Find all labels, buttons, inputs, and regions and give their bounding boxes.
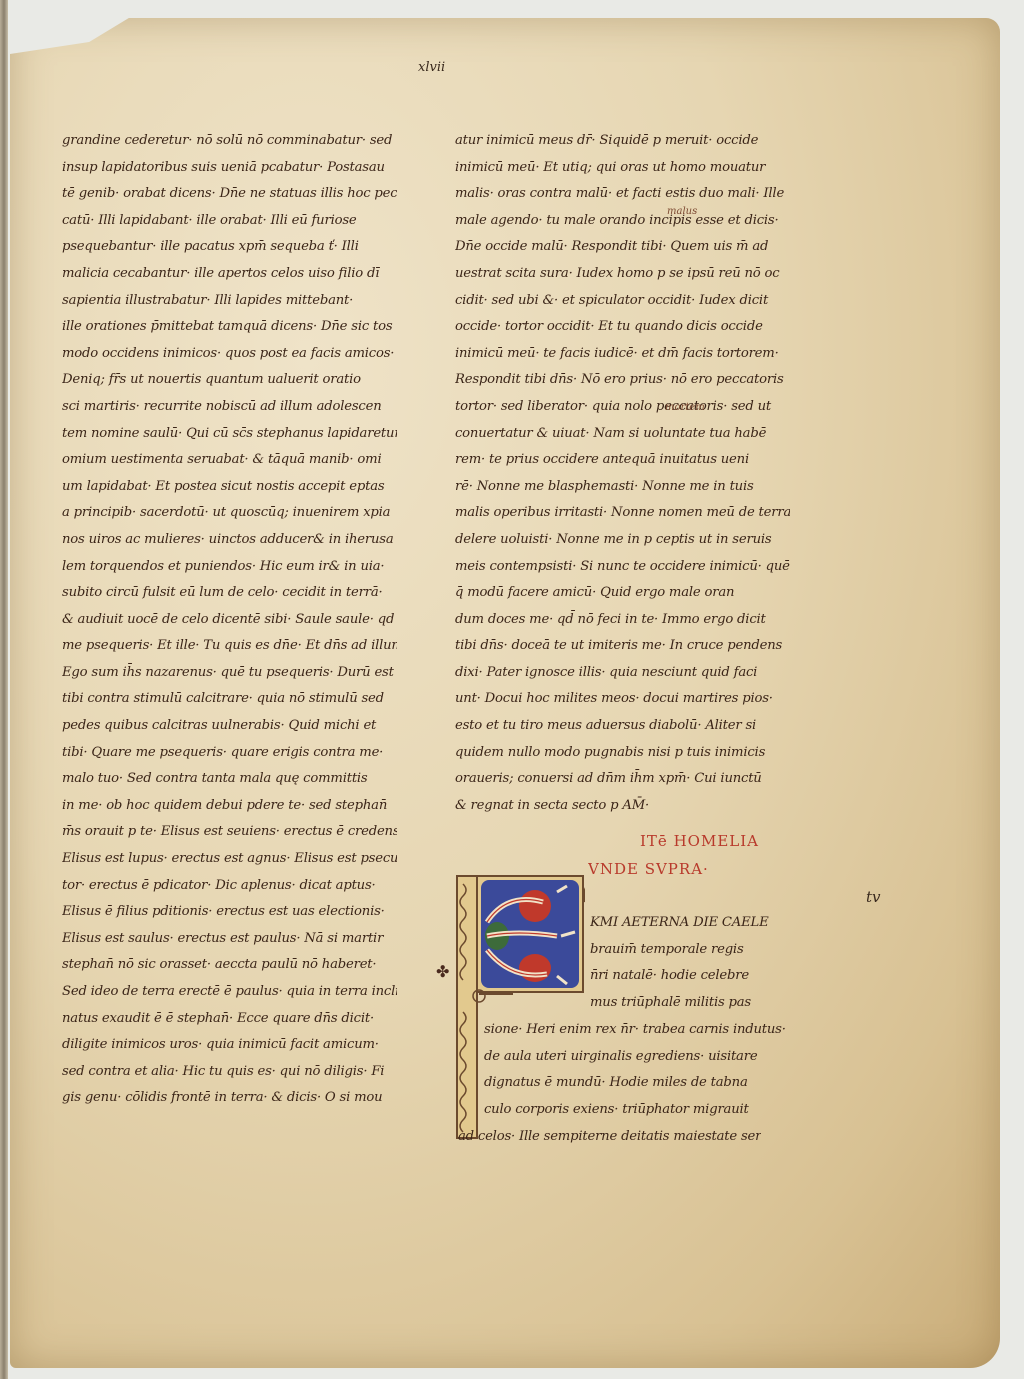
text-line: dignatus ē mundū· Hodie miles de tabna bbox=[484, 1070, 786, 1097]
text-line: tē genib· orabat dicens· Dn̄e ne statuas… bbox=[62, 181, 397, 208]
text-line: grandine cederetur· nō solū nō comminaba… bbox=[62, 128, 397, 155]
text-line: Sed ideo de terra erectē ē paulus· quia … bbox=[62, 979, 397, 1006]
text-line: malis· oras contra malū· et facti estis … bbox=[455, 181, 790, 208]
text-line: & regnat in secta secto p AM̄· bbox=[455, 793, 790, 820]
text-line: meis contempsisti· Si nunc te occidere i… bbox=[455, 554, 790, 581]
text-line: cidit· sed ubi &· et spiculator occidit·… bbox=[455, 288, 790, 315]
text-line: lem torquendos et puniendos· Hic eum ir&… bbox=[62, 554, 397, 581]
text-line: a principib· sacerdotū· ut quoscūq; inue… bbox=[62, 500, 397, 527]
text-line: malis operibus irritasti· Nonne nomen me… bbox=[455, 500, 790, 527]
text-line: modo occidens inimicos· quos post ea fac… bbox=[62, 341, 397, 368]
text-line: tibi dn̄s· doceā te ut imiteris me· In c… bbox=[455, 633, 790, 660]
text-line: ille orationes p̄mittebat tamquā dicens·… bbox=[62, 314, 397, 341]
text-line: psequebantur· ille pacatus xpm̄ sequeba … bbox=[62, 234, 397, 261]
text-line: inimicū meū· Et utiq; qui oras ut homo m… bbox=[455, 155, 790, 182]
text-line: atur inimicū meus dr̄· Siquidē p meruit·… bbox=[455, 128, 790, 155]
text-line: inimicū meū· te facis iudicē· et dm̄ fac… bbox=[455, 341, 790, 368]
text-line: catū· Illi lapidabant· ille orabat· Illi… bbox=[62, 208, 397, 235]
margin-note: tv bbox=[866, 888, 881, 906]
text-line: pedes quibus calcitras uulnerabis· Quid … bbox=[62, 713, 397, 740]
text-line: malicia cecabantur· ille apertos celos u… bbox=[62, 261, 397, 288]
text-line: dixi· Pater ignosce illis· quia nesciunt… bbox=[455, 660, 790, 687]
text-line: delere uoluisti· Nonne me in p ceptis ut… bbox=[455, 527, 790, 554]
text-line: omium uestimenta seruabat· & tāquā manib… bbox=[62, 447, 397, 474]
homily-indented-block: KMI AETERNA DIE CAELE brauim̄ temporale … bbox=[590, 910, 769, 1016]
text-line: esto et tu tiro meus aduersus diabolū· A… bbox=[455, 713, 790, 740]
text-line: insup lapidatoribus suis ueniā pcabatur·… bbox=[62, 155, 397, 182]
text-line: sed contra et alia· Hic tu quis es· qui … bbox=[62, 1059, 397, 1086]
text-line: culo corporis exiens· triūphator migraui… bbox=[484, 1097, 786, 1124]
text-line: ad celos· Ille sempiterne deitatis maies… bbox=[458, 1124, 761, 1151]
text-line: in me· ob hoc quidem debui pdere te· sed… bbox=[62, 793, 397, 820]
text-line: Elisus est lupus· erectus est agnus· Eli… bbox=[62, 846, 397, 873]
text-line: dum doces me· qd̄ nō feci in te· Immo er… bbox=[455, 607, 790, 634]
left-column: grandine cederetur· nō solū nō comminaba… bbox=[62, 128, 397, 1112]
text-line: Dn̄e occide malū· Respondit tibi· Quem u… bbox=[455, 234, 790, 261]
text-line: tortor· sed liberator· quia nolo peccato… bbox=[455, 394, 790, 421]
text-line: natus exaudit ē ē stephan̄· Ecce quare d… bbox=[62, 1006, 397, 1033]
folio-number: xlvii bbox=[418, 60, 445, 75]
text-line: Elisus ē filius pditionis· erectus est u… bbox=[62, 899, 397, 926]
text-line: tibi contra stimulū calcitrare· quia nō … bbox=[62, 686, 397, 713]
text-line: malo tuo· Sed contra tanta mala quę comm… bbox=[62, 766, 397, 793]
leaf-ornament-icon: ✤ bbox=[436, 962, 449, 981]
text-line: sci martiris· recurrite nobiscū ad illum… bbox=[62, 394, 397, 421]
text-line: nos uiros ac mulieres· uinctos adducer& … bbox=[62, 527, 397, 554]
text-line: occide· tortor occidit· Et tu quando dic… bbox=[455, 314, 790, 341]
text-line: Respondit tibi dn̄s· Nō ero prius· nō er… bbox=[455, 367, 790, 394]
text-line: sione· Heri enim rex n̄r· trabea carnis … bbox=[484, 1017, 786, 1044]
text-line: rem· te prius occidere antequā inuitatus… bbox=[455, 447, 790, 474]
text-line: mus triūphalē militis pas bbox=[590, 990, 769, 1017]
text-line: male agendo· tu male orando incipis esse… bbox=[455, 208, 790, 235]
interlinear-gloss: mortem bbox=[665, 402, 705, 413]
homily-full-block-b: ad celos· Ille sempiterne deitatis maies… bbox=[458, 1124, 761, 1151]
text-line: sapientia illustrabatur· Illi lapides mi… bbox=[62, 288, 397, 315]
rubric-heading-1: ITē HOMELIA bbox=[640, 828, 759, 855]
text-line: & audiuit uocē de celo dicentē sibi· Sau… bbox=[62, 607, 397, 634]
text-line: tor· erectus ē pdicator· Dic aplenus· di… bbox=[62, 873, 397, 900]
rubric-heading-2: VNDE SVPRA· bbox=[588, 856, 709, 883]
homily-full-block-a: sione· Heri enim rex n̄r· trabea carnis … bbox=[484, 1017, 786, 1123]
text-line: uestrat scita sura· Iudex homo p se ipsū… bbox=[455, 261, 790, 288]
text-line: Deniq; fr̄s ut nouertis quantum ualuerit… bbox=[62, 367, 397, 394]
text-line: q̄ modū facere amicū· Quid ergo male ora… bbox=[455, 580, 790, 607]
book-spine bbox=[0, 0, 8, 1379]
text-line: conuertatur & uiuat· Nam si uoluntate tu… bbox=[455, 421, 790, 448]
right-column: atur inimicū meus dr̄· Siquidē p meruit·… bbox=[455, 128, 790, 819]
text-line: n̄ri natalē· hodie celebre bbox=[590, 963, 769, 990]
interlinear-gloss: malus bbox=[667, 206, 697, 217]
text-line: diligite inimicos uros· quia inimicū fac… bbox=[62, 1032, 397, 1059]
text-line: unt· Docui hoc milites meos· docui marti… bbox=[455, 686, 790, 713]
text-line: KMI AETERNA DIE CAELE bbox=[590, 910, 769, 937]
text-line: gis genu· cōlidis frontē in terra· & dic… bbox=[62, 1085, 397, 1112]
text-line: de aula uteri uirginalis egrediens· uisi… bbox=[484, 1044, 786, 1071]
text-line: tem nomine saulū· Qui cū sc̄s stephanus … bbox=[62, 421, 397, 448]
text-line: tibi· Quare me psequeris· quare erigis c… bbox=[62, 740, 397, 767]
text-line: me psequeris· Et ille· Tu quis es dn̄e· … bbox=[62, 633, 397, 660]
text-line: oraueris; conuersi ad dn̄m ih̄m xpm̄· Cu… bbox=[455, 766, 790, 793]
text-line: quidem nullo modo pugnabis nisi p tuis i… bbox=[455, 740, 790, 767]
text-line: rē· Nonne me blasphemasti· Nonne me in t… bbox=[455, 474, 790, 501]
text-line: Elisus est saulus· erectus est paulus· N… bbox=[62, 926, 397, 953]
text-line: um lapidabat· Et postea sicut nostis acc… bbox=[62, 474, 397, 501]
text-line: subito circū fulsit eū lum de celo· ceci… bbox=[62, 580, 397, 607]
text-line: stephan̄ nō sic orasset· aeccta paulū nō… bbox=[62, 952, 397, 979]
text-line: m̄s orauit p te· Elisus est seuiens· ere… bbox=[62, 819, 397, 846]
text-line: Ego sum ih̄s nazarenus· quē tu psequeris… bbox=[62, 660, 397, 687]
text-line: brauim̄ temporale regis bbox=[590, 937, 769, 964]
